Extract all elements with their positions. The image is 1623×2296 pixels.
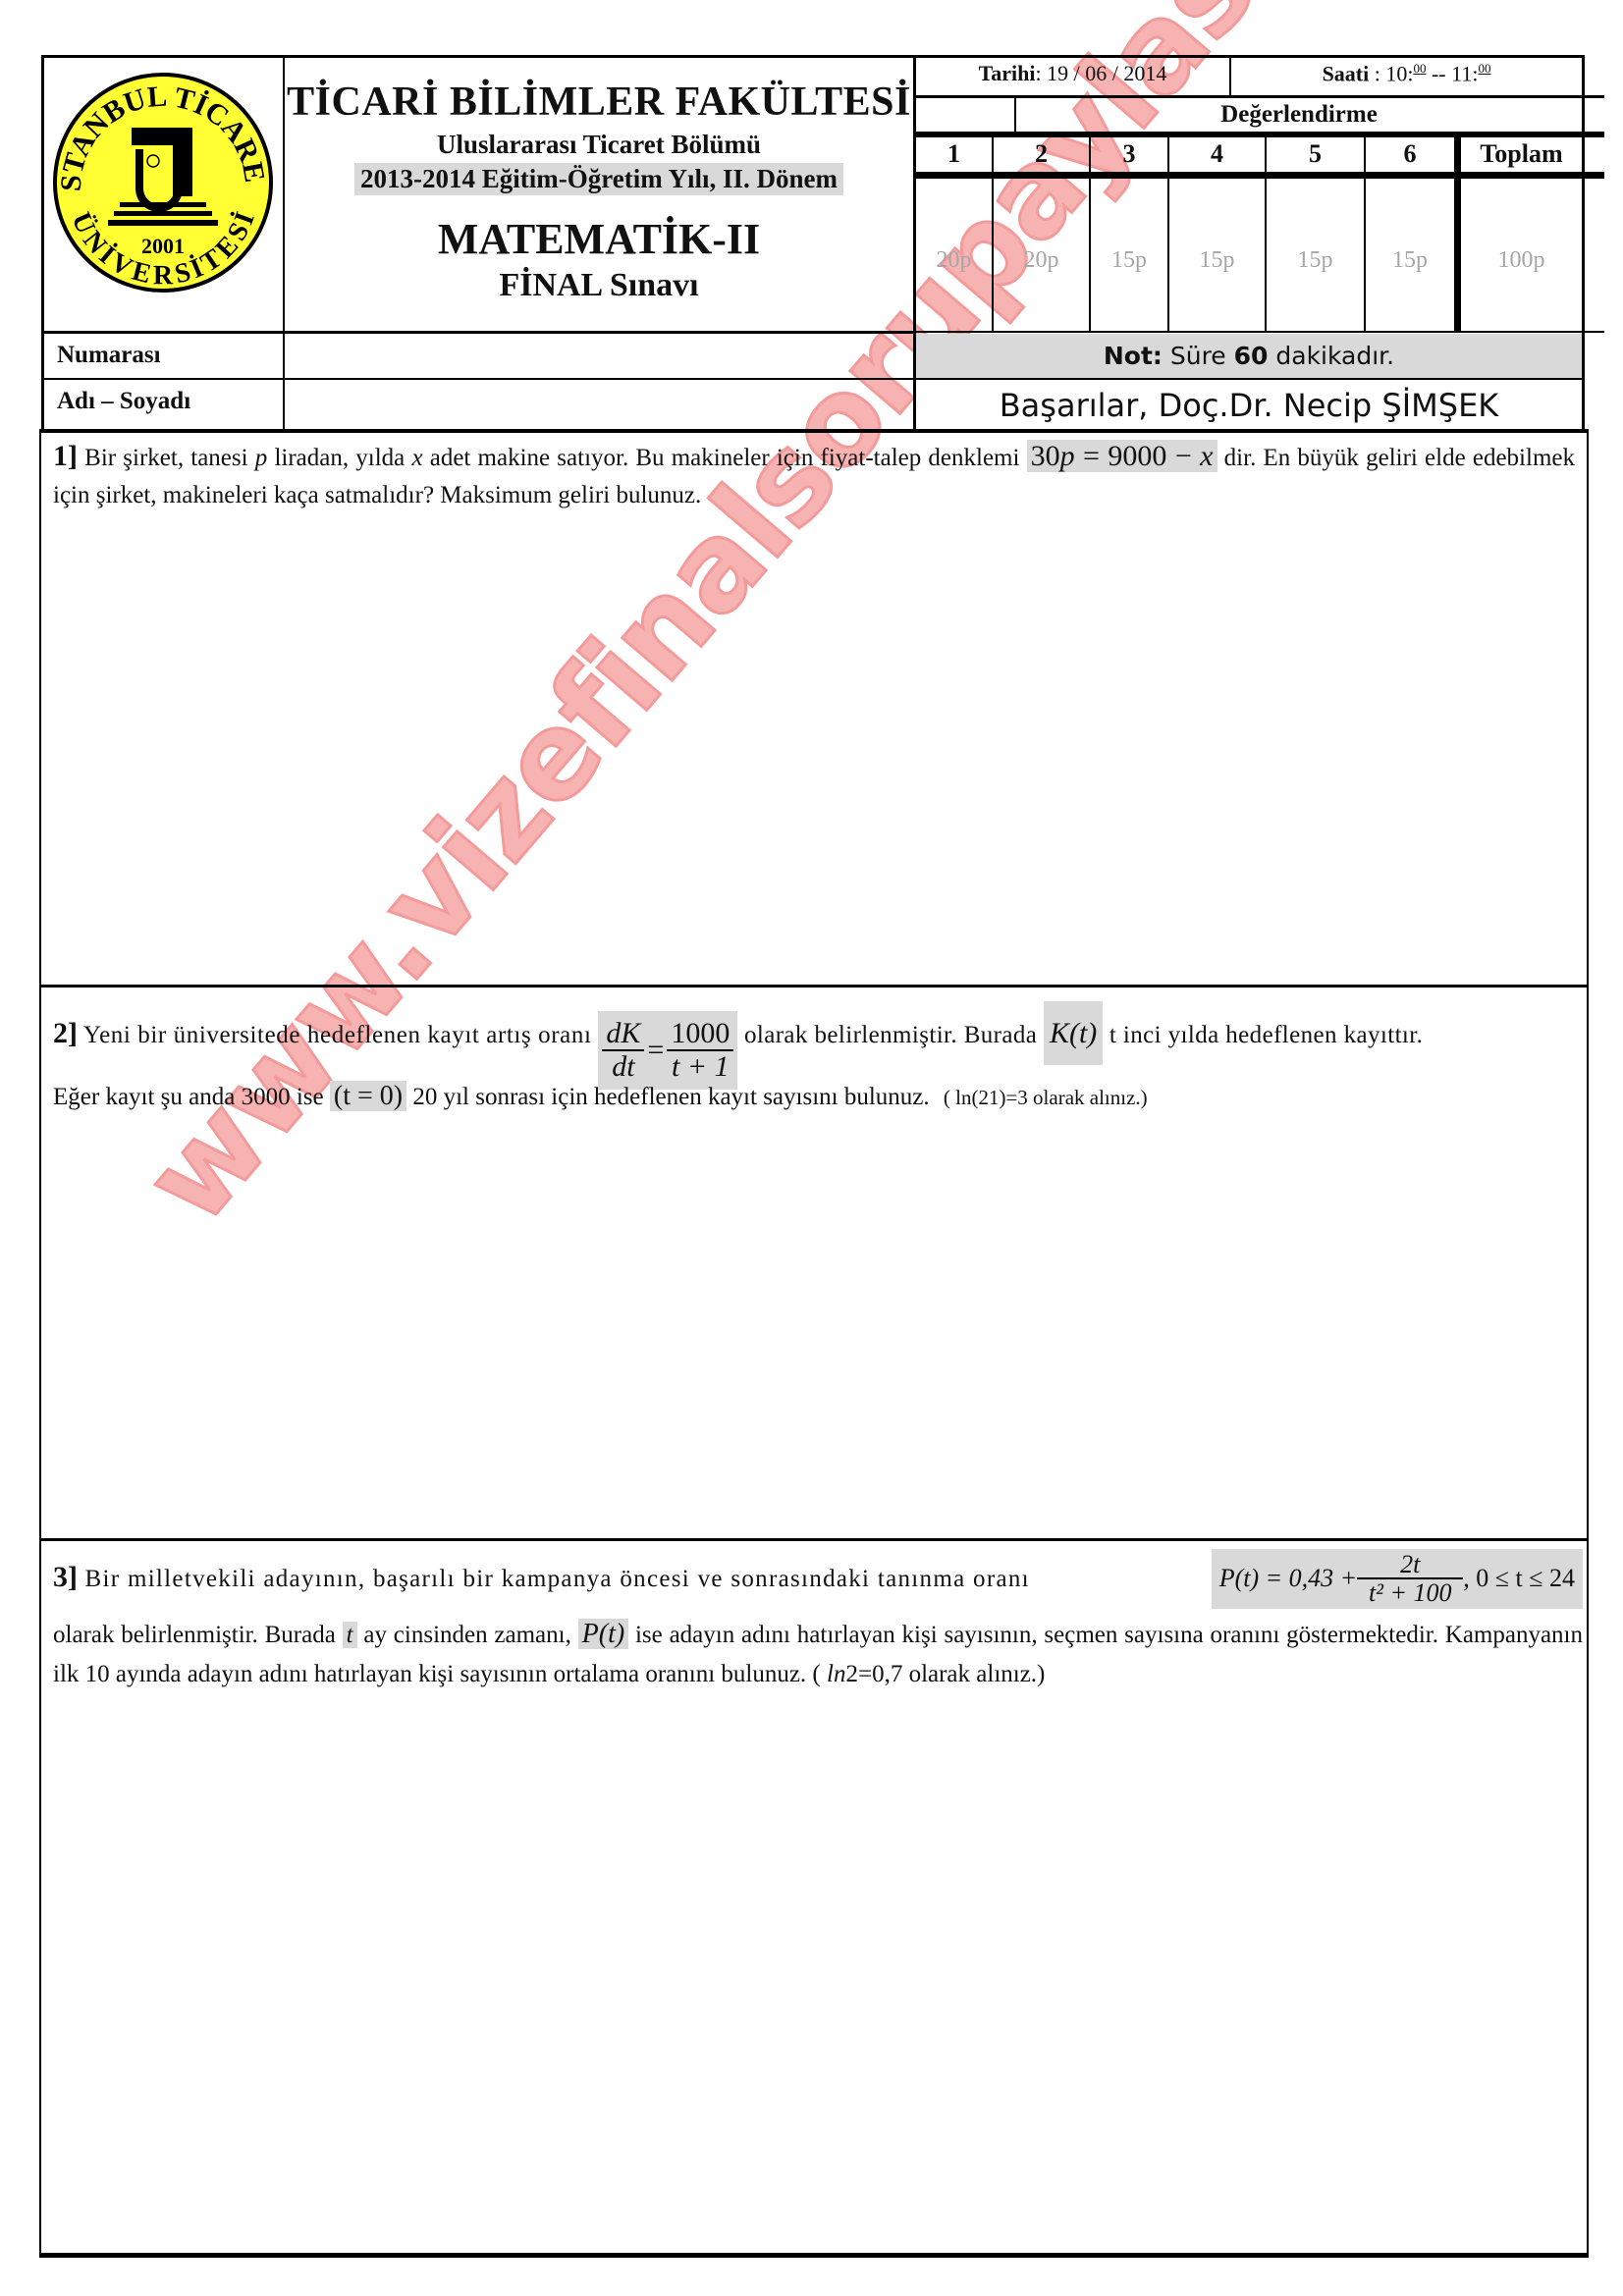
exam-date: Tarihi: 19 / 06 / 2014 <box>916 61 1229 86</box>
grade-cell-3[interactable]: 15p <box>1091 247 1167 274</box>
grade-col-5: 5 <box>1267 139 1364 169</box>
student-name-field[interactable] <box>285 380 913 429</box>
university-logo: İSTANBUL TİCARET ÜNİVERSİTESİ 2001 <box>51 71 275 294</box>
question-2: 2] Yeni bir üniversitede hedeflenen kayı… <box>53 996 1583 1090</box>
answer-area-3[interactable] <box>53 1767 1575 2248</box>
department-name: Uluslararası Ticaret Bölümü <box>285 130 913 160</box>
answer-area-1[interactable] <box>53 530 1575 977</box>
question-1: 1] Bir şirket, tanesi p liradan, yılda x… <box>53 438 1575 514</box>
grade-cell-2[interactable]: 20p <box>994 247 1089 274</box>
q2-top-border <box>39 985 1589 988</box>
duration-note: Not: Süre 60 dakikadır. <box>916 334 1582 378</box>
student-number-field[interactable] <box>285 334 913 378</box>
grade-cell-5[interactable]: 15p <box>1267 247 1364 274</box>
grade-col-2: 2 <box>994 139 1089 169</box>
header-left-border <box>41 55 44 431</box>
col-div-total <box>1454 134 1461 332</box>
student-number-label: Numarası <box>57 342 161 369</box>
grade-col-total: Toplam <box>1461 139 1582 169</box>
grade-cells-bottom <box>913 331 1604 333</box>
svg-text:2001: 2001 <box>141 234 185 258</box>
course-name: MATEMATİK-II <box>285 214 913 264</box>
answer-area-2[interactable] <box>53 1129 1575 1531</box>
grade-cell-total[interactable]: 100p <box>1461 247 1582 274</box>
faculty-name: TİCARİ BİLİMLER FAKÜLTESİ <box>285 79 913 126</box>
exam-name: FİNAL Sınavı <box>285 267 913 304</box>
eval-row-bottom <box>913 132 1604 137</box>
grade-cell-6[interactable]: 15p <box>1366 247 1454 274</box>
date-row-bottom <box>913 95 1604 98</box>
header-top-border <box>41 55 1585 58</box>
instructor-signature: Başarılar, Doç.Dr. Necip ŞİMŞEK <box>916 382 1582 429</box>
q1-formula: 30p = 9000 − x <box>1027 440 1217 472</box>
qnum-row-bottom <box>913 172 1604 179</box>
header-right-border <box>1582 55 1585 431</box>
exam-time: Saati : 10:00 -- 11:00 <box>1231 61 1582 86</box>
grade-col-1: 1 <box>916 139 992 169</box>
grade-col-3: 3 <box>1091 139 1167 169</box>
q3-formula: P(t) = 0,43 + 2tt² + 100 , 0 ≤ t ≤ 24 <box>1212 1549 1583 1609</box>
question-3: 3] Bir milletvekili adayının, başarılı b… <box>53 1549 1583 1694</box>
grade-cell-1[interactable]: 20p <box>916 247 992 274</box>
evaluation-title: Değerlendirme <box>1016 101 1582 129</box>
grade-col-4: 4 <box>1169 139 1265 169</box>
question-2-line-2: Eğer kayıt şu anda 3000 ise (t = 0) 20 y… <box>53 1078 1583 1116</box>
q3-top-border <box>39 1538 1589 1541</box>
academic-year: 2013-2014 Eğitim-Öğretim Yılı, II. Dönem <box>354 163 843 195</box>
grade-col-6: 6 <box>1366 139 1454 169</box>
student-name-label: Adı – Soyadı <box>57 388 190 415</box>
grade-cell-4[interactable]: 15p <box>1169 247 1265 274</box>
